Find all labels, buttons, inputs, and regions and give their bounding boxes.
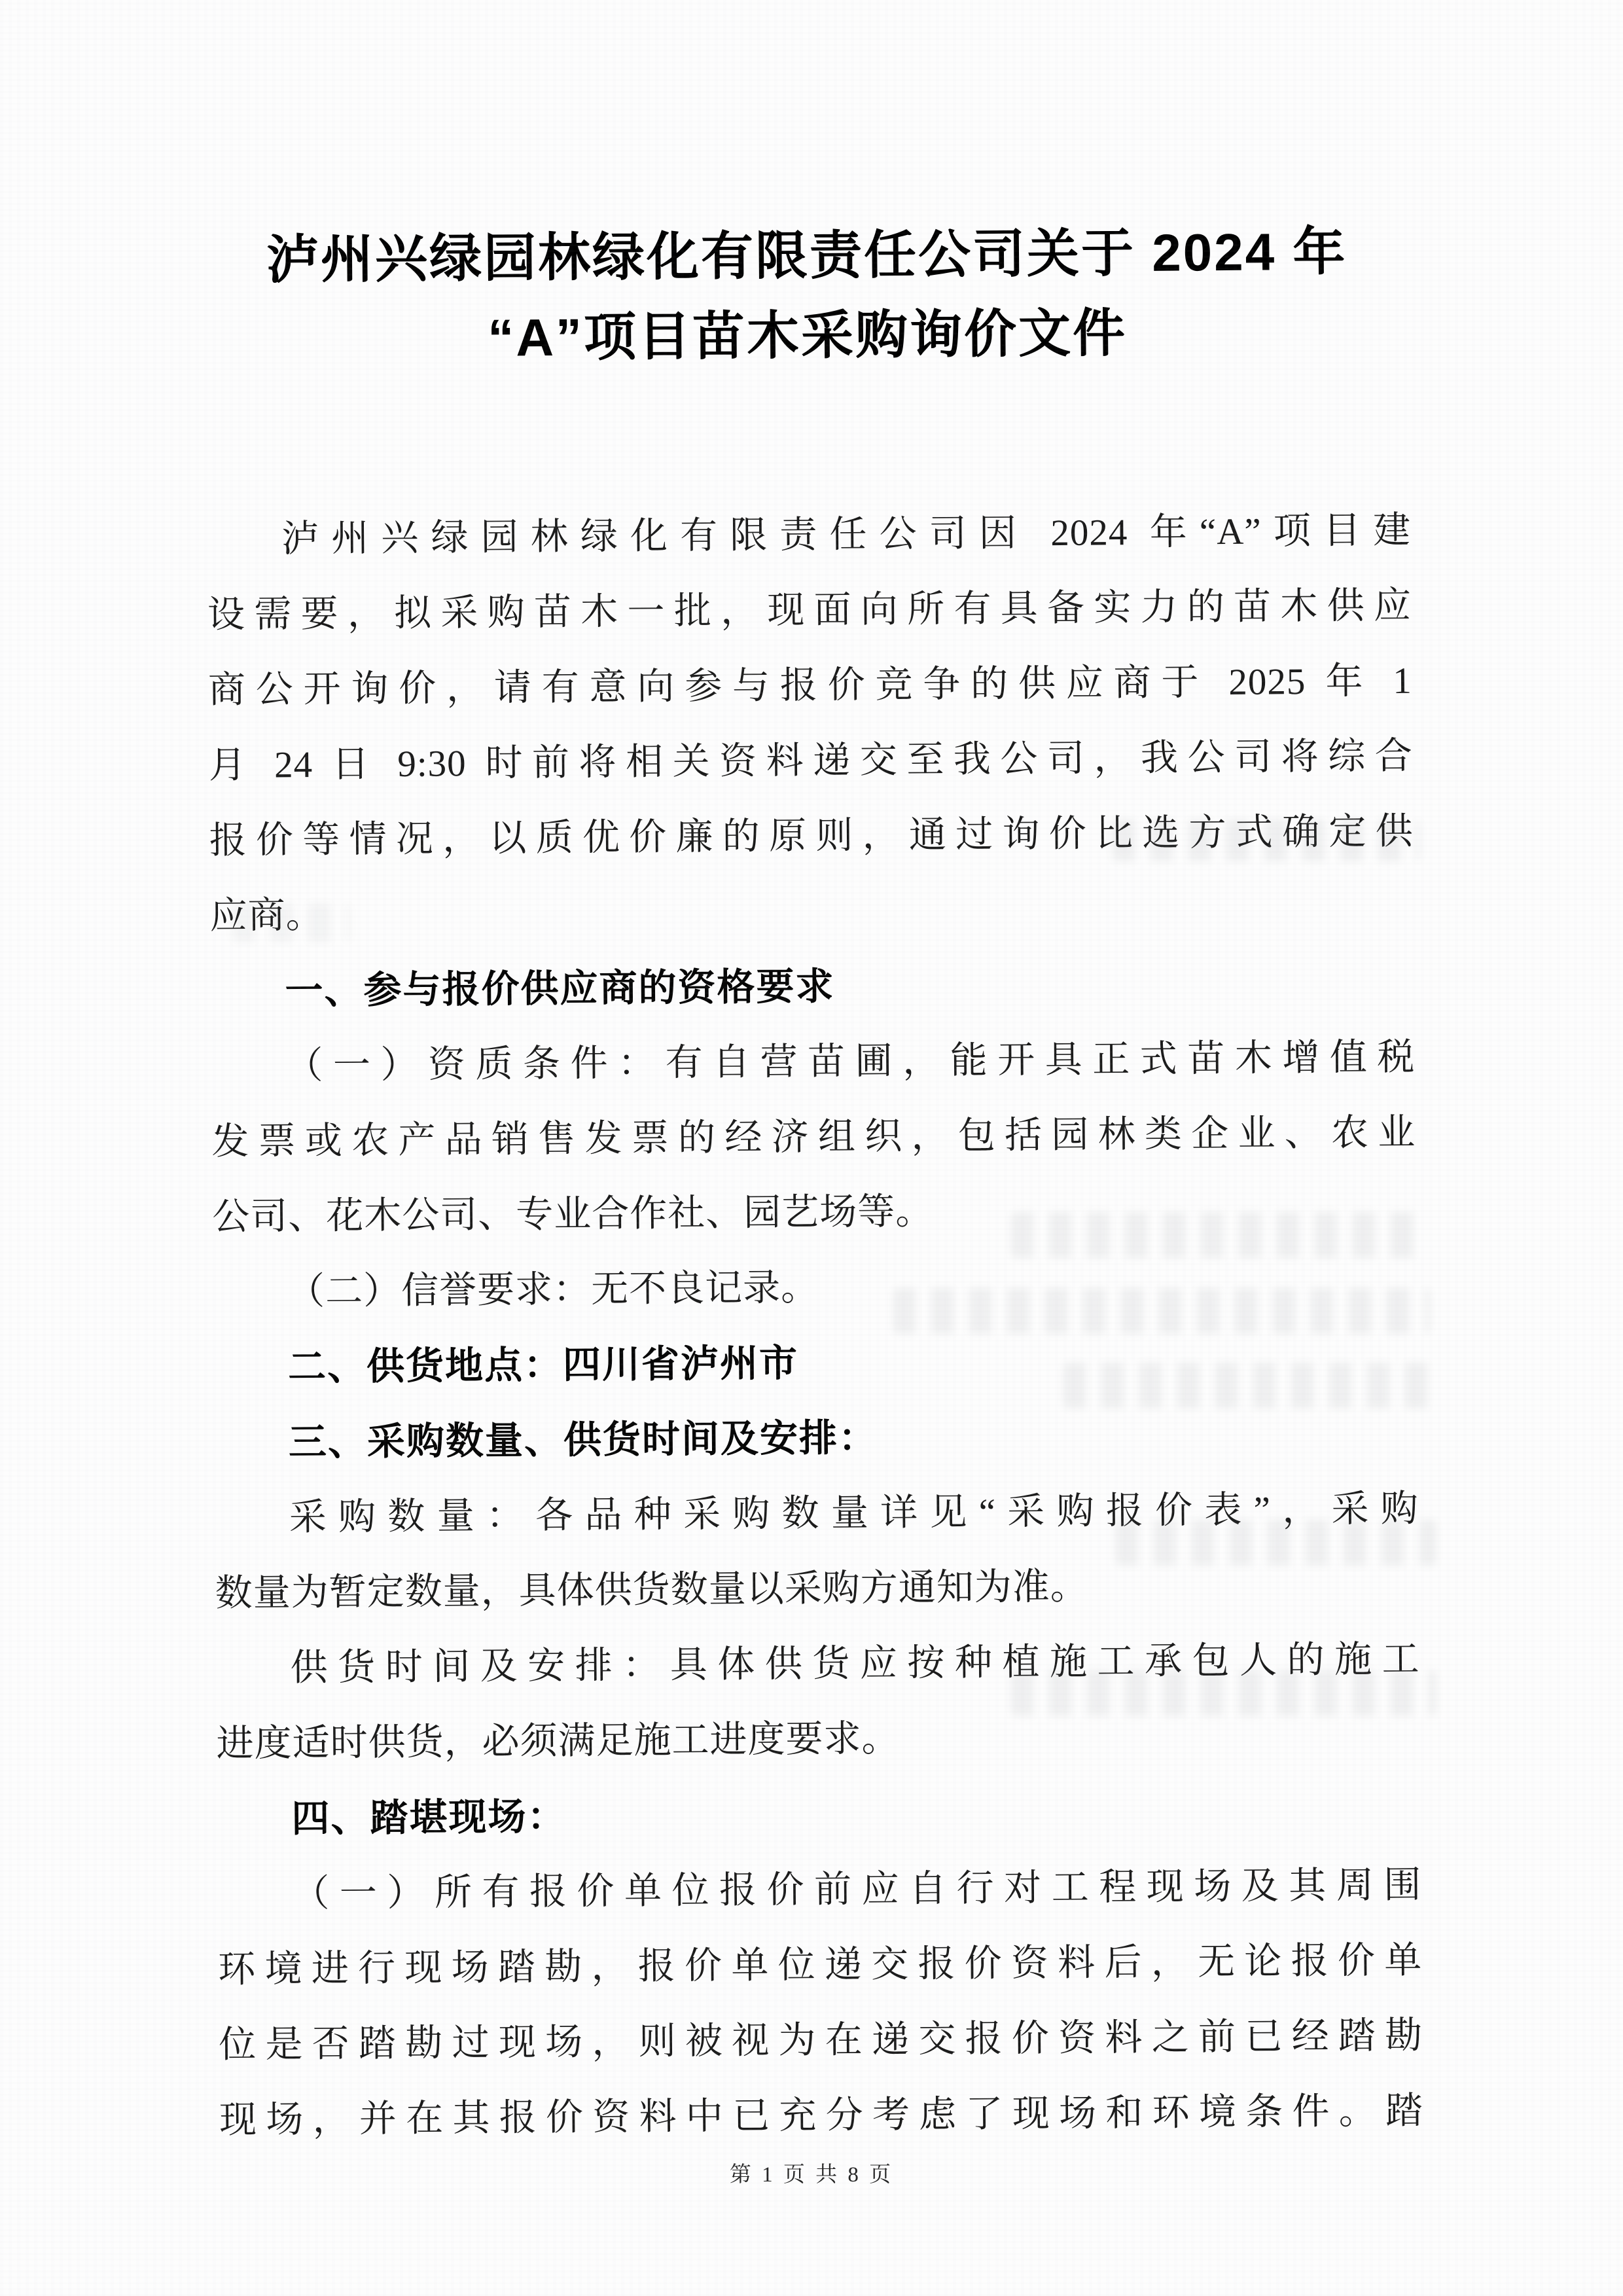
body-line: 报价等情况，以质优价廉的原则，通过询价比选方式确定供 bbox=[209, 794, 1414, 878]
body-line: 现场，并在其报价资料中已充分考虑了现场和环境条件。踏 bbox=[219, 2073, 1424, 2158]
body-line: 发票或农产品销售发票的经济组织，包括园林类企业、农业 bbox=[211, 1095, 1416, 1179]
body-line: 公司、花木公司、专业合作社、园艺场等。 bbox=[212, 1170, 1417, 1255]
section-heading: 二、供货地点：四川省泸州市 bbox=[213, 1321, 1418, 1405]
document-title-line2: “A”项目苗木采购询价文件 bbox=[0, 289, 1619, 382]
body-line: （二）信誉要求：无不良记录。 bbox=[213, 1246, 1418, 1330]
document-title: 泸州兴绿园林绿化有限责任公司关于 2024 年 “A”项目苗木采购询价文件 bbox=[0, 209, 1619, 382]
body-line: 采购数量：各品种采购数量详见“采购报价表”，采购 bbox=[214, 1471, 1419, 1556]
body-line: （一）所有报价单位报价前应自行对工程现场及其周围 bbox=[217, 1848, 1422, 1932]
document-body: 泸州兴绿园林绿化有限责任公司因 2024 年“A”项目建设需要，拟采购苗木一批，… bbox=[207, 493, 1424, 2158]
body-line: 设需要，拟采购苗木一批，现面向所有具备实力的苗木供应 bbox=[207, 568, 1412, 653]
document-page: 泸州兴绿园林绿化有限责任公司关于 2024 年 “A”项目苗木采购询价文件 泸州… bbox=[0, 0, 1623, 2296]
section-heading: 一、参与报价供应商的资格要求 bbox=[210, 944, 1415, 1029]
document-title-line1: 泸州兴绿园林绿化有限责任公司关于 2024 年 bbox=[0, 209, 1618, 302]
body-line: 商公开询价，请有意向参与报价竞争的供应商于 2025 年 1 bbox=[207, 643, 1412, 728]
section-heading: 四、踏堪现场： bbox=[217, 1772, 1421, 1857]
body-line: 环境进行现场踏勘，报价单位递交报价资料后，无论报价单 bbox=[218, 1923, 1423, 2007]
body-line: 应商。 bbox=[209, 869, 1414, 954]
body-line: （一）资质条件：有自营苗圃，能开具正式苗木增值税 bbox=[211, 1020, 1416, 1104]
body-line: 进度适时供货，必须满足施工进度要求。 bbox=[216, 1697, 1421, 1782]
body-line: 位是否踏勘过现场，则被视为在递交报价资料之前已经踏勘 bbox=[219, 1998, 1423, 2083]
page-number: 第 1 页 共 8 页 bbox=[0, 2157, 1623, 2188]
body-line: 月 24 日 9:30 时前将相关资料递交至我公司，我公司将综合 bbox=[208, 719, 1413, 803]
scanned-content: 泸州兴绿园林绿化有限责任公司关于 2024 年 “A”项目苗木采购询价文件 泸州… bbox=[0, 0, 1623, 2160]
section-heading: 三、采购数量、供货时间及安排： bbox=[214, 1396, 1419, 1480]
body-line: 供货时间及安排：具体供货应按种植施工承包人的施工 bbox=[215, 1622, 1420, 1706]
body-line: 泸州兴绿园林绿化有限责任公司因 2024 年“A”项目建 bbox=[207, 493, 1412, 577]
body-line: 数量为暂定数量，具体供货数量以采购方通知为准。 bbox=[215, 1547, 1419, 1631]
